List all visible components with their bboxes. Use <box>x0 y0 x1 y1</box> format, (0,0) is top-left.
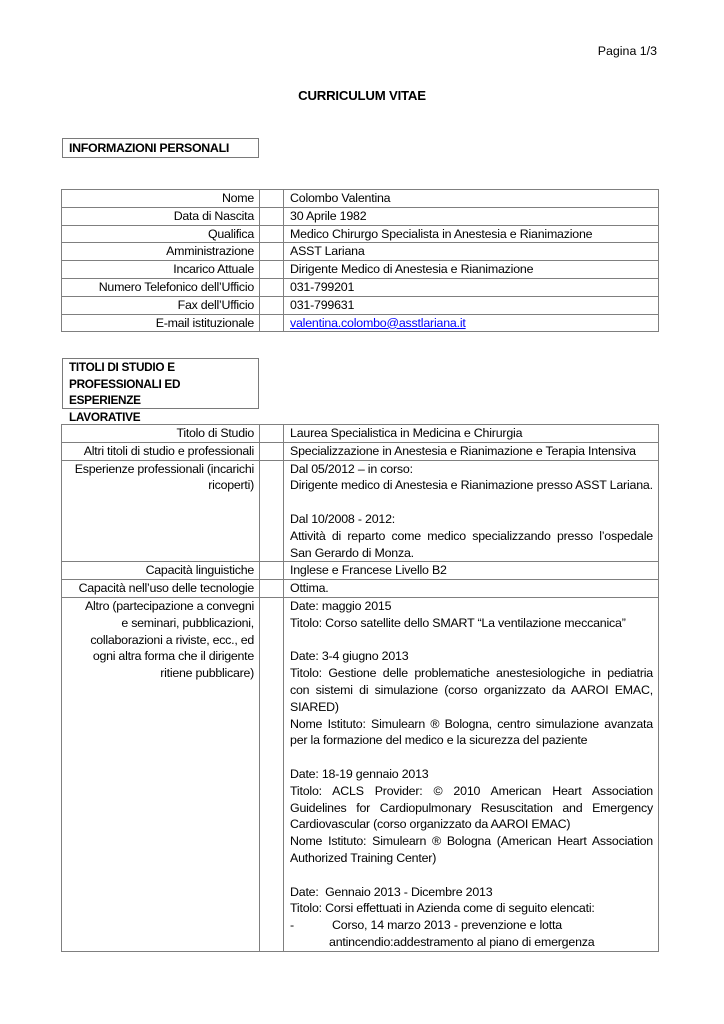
row-label: Nome <box>62 190 260 208</box>
table-row: Data di Nascita 30 Aprile 1982 <box>62 207 659 225</box>
experience-period: Dal 05/2012 – in corso: <box>290 461 653 478</box>
education-table: Titolo di Studio Laurea Specialistica in… <box>61 424 659 952</box>
row-value: Ottima. <box>284 580 659 598</box>
bullet-line: Corso, 14 marzo 2013 - prevenzione e lot… <box>332 917 653 934</box>
course-bullet-item: - Corso, 14 marzo 2013 - prevenzione e l… <box>290 917 653 951</box>
table-row: Capacità nell’uso delle tecnologie Ottim… <box>62 580 659 598</box>
spacer-cell <box>260 225 284 243</box>
row-label: Qualifica <box>62 225 260 243</box>
spacer-cell <box>260 425 284 443</box>
personal-info-table: Nome Colombo Valentina Data di Nascita 3… <box>61 189 659 332</box>
bullet-line: antincendio:addestramento al piano di em… <box>329 934 653 951</box>
table-row: Altri titoli di studio e professionali S… <box>62 442 659 460</box>
bullet-text: Corso, 14 marzo 2013 - prevenzione e lot… <box>332 917 653 951</box>
spacer-cell <box>260 580 284 598</box>
spacer-cell <box>260 278 284 296</box>
heading-line: TITOLI DI STUDIO E <box>69 359 252 376</box>
table-row: Qualifica Medico Chirurgo Specialista in… <box>62 225 659 243</box>
table-row: Numero Telefonico dell’Ufficio 031-79920… <box>62 278 659 296</box>
row-value: Medico Chirurgo Specialista in Anestesia… <box>284 225 659 243</box>
bullet-dash: - <box>290 917 332 951</box>
row-value: Colombo Valentina <box>284 190 659 208</box>
label-line: ricoperti) <box>67 477 254 494</box>
row-label: E-mail istituzionale <box>62 314 260 332</box>
course-institute: Nome Istituto: Simulearn ® Bologna, cent… <box>290 716 653 750</box>
course-title: Titolo: Corsi effettuati in Azienda come… <box>290 900 653 917</box>
course-title: Titolo: ACLS Provider: © 2010 American H… <box>290 783 653 833</box>
spacer <box>290 749 653 766</box>
table-row: Capacità linguistiche Inglese e Francese… <box>62 562 659 580</box>
course-date: Date: 18-19 gennaio 2013 <box>290 766 653 783</box>
course-institute: Nome Istituto: Simulearn ® Bologna (Amer… <box>290 833 653 867</box>
label-line: ritiene pubblicare) <box>67 665 254 682</box>
row-label: Esperienze professionali (incarichi rico… <box>62 460 260 562</box>
spacer-cell <box>260 207 284 225</box>
row-value: Dal 05/2012 – in corso: Dirigente medico… <box>284 460 659 562</box>
spacer-cell <box>260 597 284 951</box>
section-heading-education: TITOLI DI STUDIO E PROFESSIONALI ED ESPE… <box>62 358 259 409</box>
row-value: ASST Lariana <box>284 243 659 261</box>
row-label: Altro (partecipazione a convegni e semin… <box>62 597 260 951</box>
row-value: Date: maggio 2015 Titolo: Corso satellit… <box>284 597 659 951</box>
row-value: Inglese e Francese Livello B2 <box>284 562 659 580</box>
row-label: Capacità nell’uso delle tecnologie <box>62 580 260 598</box>
course-title: Titolo: Corso satellite dello SMART “La … <box>290 615 653 632</box>
table-row: Nome Colombo Valentina <box>62 190 659 208</box>
row-value: Dirigente Medico di Anestesia e Rianimaz… <box>284 261 659 279</box>
spacer-cell <box>260 190 284 208</box>
row-value: 031-799631 <box>284 296 659 314</box>
email-link[interactable]: valentina.colombo@asstlariana.it <box>290 316 466 330</box>
experience-description: Attività di reparto come medico speciali… <box>290 528 653 562</box>
spacer <box>290 632 653 649</box>
course-title: Titolo: Gestione delle problematiche ane… <box>290 665 653 715</box>
label-line: Esperienze professionali (incarichi <box>67 461 254 478</box>
spacer-cell <box>260 314 284 332</box>
row-value: Specializzazione in Anestesia e Rianimaz… <box>284 442 659 460</box>
table-row: Amministrazione ASST Lariana <box>62 243 659 261</box>
label-line: ogni altra forma che il dirigente <box>67 648 254 665</box>
table-row: Altro (partecipazione a convegni e semin… <box>62 597 659 951</box>
label-line: Altro (partecipazione a convegni <box>67 598 254 615</box>
row-label: Data di Nascita <box>62 207 260 225</box>
experience-description: Dirigente medico di Anestesia e Rianimaz… <box>290 477 653 494</box>
row-value: valentina.colombo@asstlariana.it <box>284 314 659 332</box>
course-date: Date: 3-4 giugno 2013 <box>290 648 653 665</box>
spacer-cell <box>260 261 284 279</box>
row-value: Laurea Specialistica in Medicina e Chiru… <box>284 425 659 443</box>
page-number: Pagina 1/3 <box>598 43 657 60</box>
section-heading-personal-info: INFORMAZIONI PERSONALI <box>62 138 259 158</box>
table-row: Esperienze professionali (incarichi rico… <box>62 460 659 562</box>
spacer-cell <box>260 296 284 314</box>
spacer-cell <box>260 442 284 460</box>
course-date: Date: maggio 2015 <box>290 598 653 615</box>
label-line: e seminari, pubblicazioni, <box>67 615 254 632</box>
spacer-cell <box>260 243 284 261</box>
row-label: Amministrazione <box>62 243 260 261</box>
row-label: Fax dell’Ufficio <box>62 296 260 314</box>
course-date: Date: Gennaio 2013 - Dicembre 2013 <box>290 884 653 901</box>
table-row: Fax dell’Ufficio 031-799631 <box>62 296 659 314</box>
row-value: 031-799201 <box>284 278 659 296</box>
label-line: collaborazioni a riviste, ecc., ed <box>67 632 254 649</box>
table-row: Titolo di Studio Laurea Specialistica in… <box>62 425 659 443</box>
row-label: Altri titoli di studio e professionali <box>62 442 260 460</box>
row-label: Incarico Attuale <box>62 261 260 279</box>
experience-period: Dal 10/2008 - 2012: <box>290 511 653 528</box>
table-row: E-mail istituzionale valentina.colombo@a… <box>62 314 659 332</box>
table-row: Incarico Attuale Dirigente Medico di Ane… <box>62 261 659 279</box>
spacer-cell <box>260 562 284 580</box>
row-label: Numero Telefonico dell’Ufficio <box>62 278 260 296</box>
document-title: CURRICULUM VITAE <box>0 88 724 105</box>
heading-line: LAVORATIVE <box>69 409 252 426</box>
row-value: 30 Aprile 1982 <box>284 207 659 225</box>
row-label: Capacità linguistiche <box>62 562 260 580</box>
spacer <box>290 867 653 884</box>
spacer <box>290 494 653 511</box>
row-label: Titolo di Studio <box>62 425 260 443</box>
heading-line: PROFESSIONALI ED ESPERIENZE <box>69 376 252 409</box>
spacer-cell <box>260 460 284 562</box>
